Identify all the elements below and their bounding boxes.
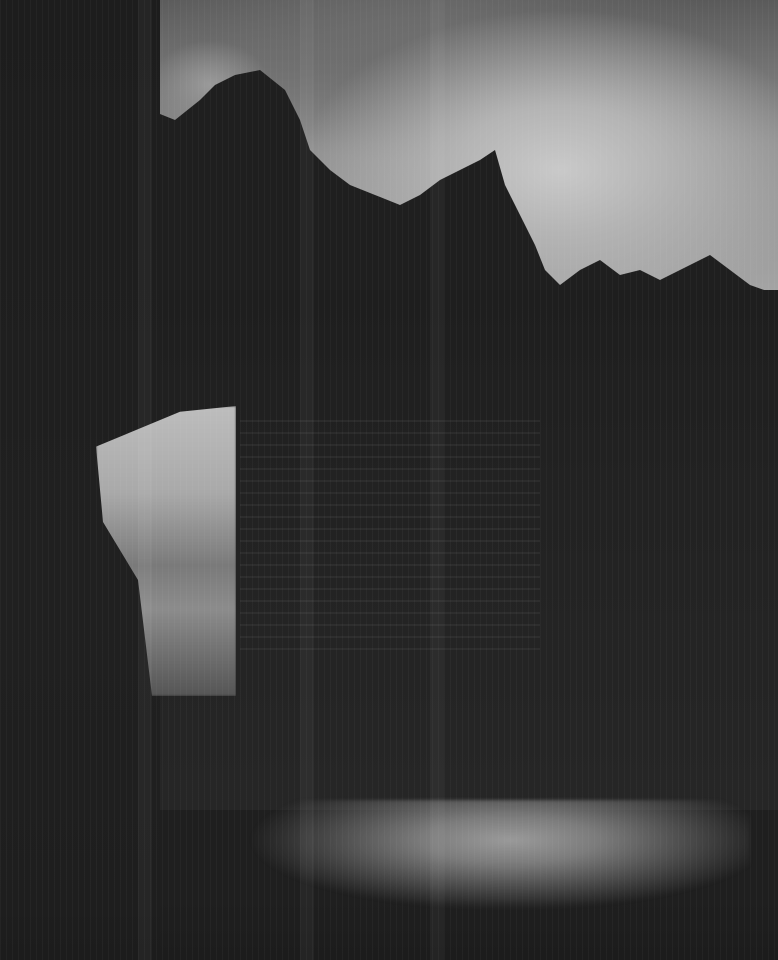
texture-stripe (138, 0, 152, 960)
landscape-image (0, 0, 778, 960)
reflections (240, 420, 540, 660)
texture-stripe (300, 0, 314, 960)
texture-stripe (430, 0, 444, 960)
bottom-shadow (0, 900, 778, 960)
